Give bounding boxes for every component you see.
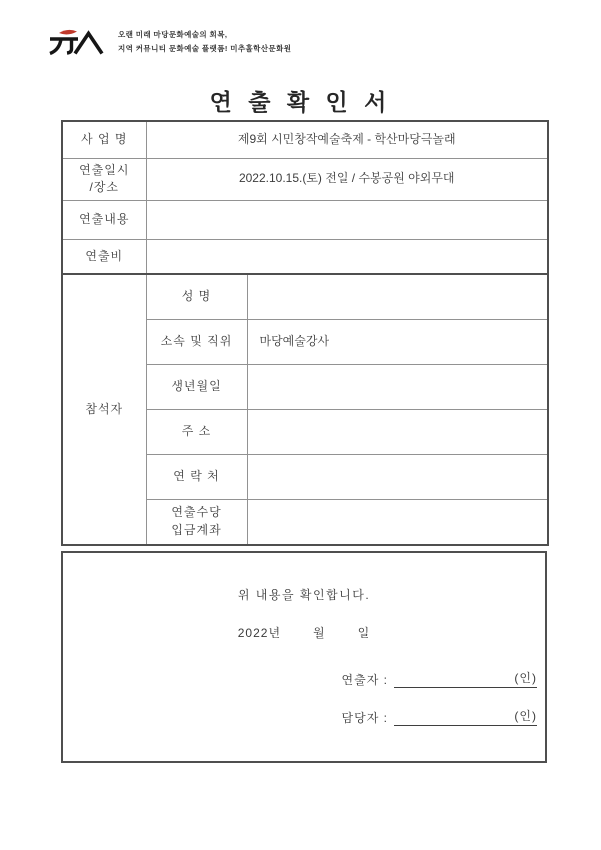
field-value-direction-content	[146, 200, 548, 239]
field-value-contact	[247, 454, 548, 499]
seal-mark-director: (인)	[514, 671, 537, 685]
signature-row-manager: 담당자 : (인)	[342, 707, 537, 726]
field-label-name: 성 명	[146, 274, 247, 319]
signature-label-manager: 담당자 :	[342, 709, 388, 726]
field-label-contact: 연 락 처	[146, 454, 247, 499]
field-label-birthdate: 생년월일	[146, 364, 247, 409]
logo-tagline: 오랜 미래 마당문화예술의 회복, 지역 커뮤니티 문화예술 플랫폼! 미추홀학…	[118, 28, 291, 57]
date-month: 월	[313, 624, 326, 641]
field-label-affiliation: 소속 및 직위	[146, 319, 247, 364]
field-value-direction-fee	[146, 239, 548, 274]
table-row: 연출일시 /장소 2022.10.15.(토) 전일 / 수봉공원 야외무대	[62, 158, 548, 200]
page-title: 연 출 확 인 서	[0, 84, 601, 117]
signature-line-director: (인)	[394, 669, 537, 688]
signature-line-manager: (인)	[394, 707, 537, 726]
org-logo: 오랜 미래 마당문화예술의 회복, 지역 커뮤니티 문화예술 플랫폼! 미추홀학…	[48, 28, 291, 57]
table-row: 참석자 성 명	[62, 274, 548, 319]
field-value-address	[247, 409, 548, 454]
field-label-direction-content: 연출내용	[62, 200, 146, 239]
field-value-birthdate	[247, 364, 548, 409]
date-day: 일	[358, 624, 371, 641]
table-row: 사 업 명 제9회 시민창작예술축제 - 학산마당극놀래	[62, 121, 548, 158]
date-year: 2022년	[238, 624, 281, 641]
logo-tagline-line1: 오랜 미래 마당문화예술의 회복,	[118, 28, 291, 42]
signature-label-director: 연출자 :	[342, 671, 388, 688]
field-label-direction-fee: 연출비	[62, 239, 146, 274]
field-label-project-name: 사 업 명	[62, 121, 146, 158]
date-line: 2022년 월 일	[63, 624, 545, 641]
field-value-date-place: 2022.10.15.(토) 전일 / 수봉공원 야외무대	[146, 158, 548, 200]
field-label-attendee: 참석자	[62, 274, 146, 545]
logo-tagline-line2: 지역 커뮤니티 문화예술 플랫폼! 미추홀학산문화원	[118, 42, 291, 56]
field-value-payment-account	[247, 499, 548, 545]
seal-mark-manager: (인)	[514, 709, 537, 723]
field-value-name	[247, 274, 548, 319]
table-row: 연출내용	[62, 200, 548, 239]
confirmation-box: 위 내용을 확인합니다. 2022년 월 일 연출자 : (인) 담당자 : (…	[61, 551, 547, 763]
confirm-statement: 위 내용을 확인합니다.	[63, 586, 545, 603]
field-label-payment-account: 연출수당 입금계좌	[146, 499, 247, 545]
signature-row-director: 연출자 : (인)	[342, 669, 537, 688]
form-table: 사 업 명 제9회 시민창작예술축제 - 학산마당극놀래 연출일시 /장소 20…	[61, 120, 549, 546]
field-label-address: 주 소	[146, 409, 247, 454]
table-row: 연출비	[62, 239, 548, 274]
haksan-mountain-logo-icon	[48, 28, 106, 56]
field-label-date-place: 연출일시 /장소	[62, 158, 146, 200]
field-value-project-name: 제9회 시민창작예술축제 - 학산마당극놀래	[146, 121, 548, 158]
document-page: 오랜 미래 마당문화예술의 회복, 지역 커뮤니티 문화예술 플랫폼! 미추홀학…	[0, 0, 601, 850]
field-value-affiliation: 마당예술강사	[247, 319, 548, 364]
